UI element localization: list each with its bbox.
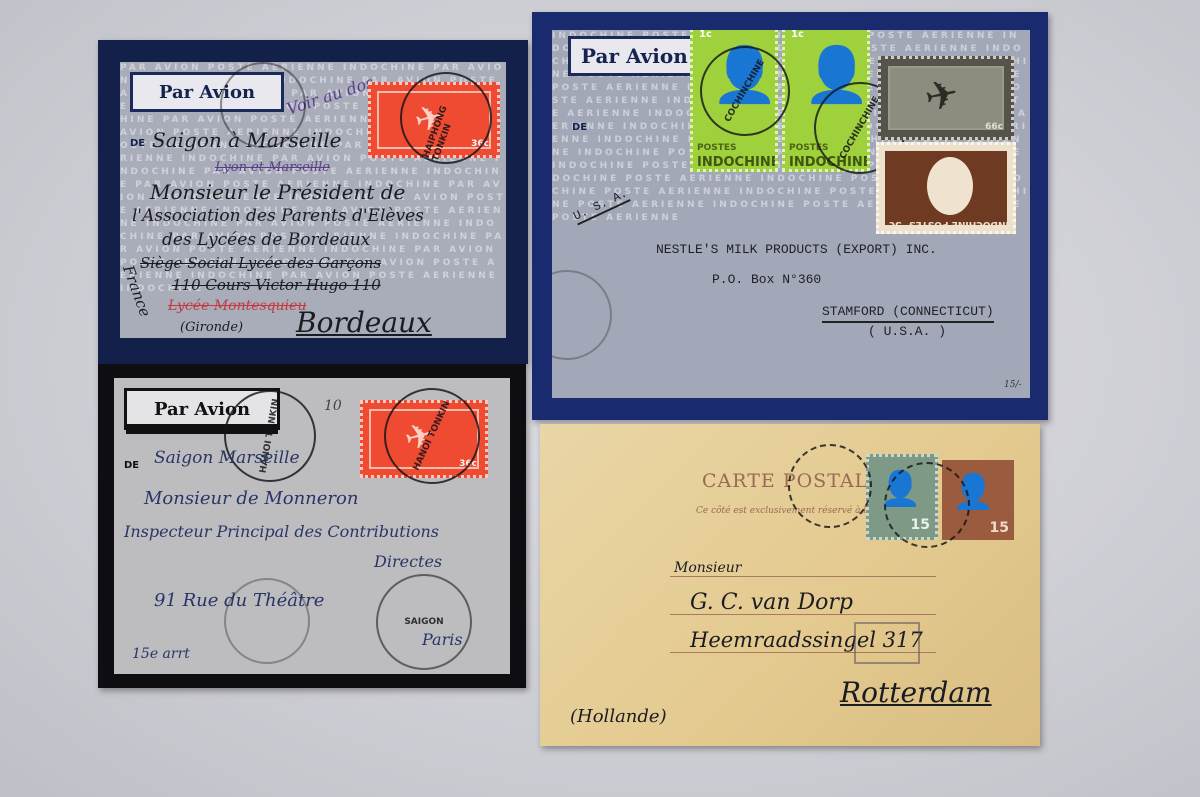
cover-top-right-face: INDOCHINE POSTE AERIENNE INDOCHINE POSTE…: [552, 30, 1030, 398]
de-label: DE: [572, 122, 587, 133]
pencil-note: 10: [324, 398, 342, 414]
cover-bottom-left-face: Par Avion 10 36c ✈ HANOI TONKIN HANOI TO…: [114, 378, 510, 674]
par-avion-text: Par Avion: [581, 44, 688, 68]
postmark-monaco-a: [788, 444, 872, 528]
postmark-paris: [224, 578, 310, 664]
postmark-saigon: SAIGON: [376, 574, 472, 670]
card-bottom-right: CARTE POSTALE Ce côté est exclusivement …: [540, 424, 1040, 746]
struck-line-2: 110 Cours Victor Hugo 110: [172, 276, 381, 294]
country-note-usa: U. S. A.: [571, 187, 630, 226]
postmark-hanoi: HANOI TONKIN: [368, 378, 496, 500]
stamp-airmail-66c: ✈ 66c: [878, 56, 1014, 140]
address-line-2: G. C. van Dorp: [690, 590, 853, 615]
de-label: DE: [124, 460, 139, 471]
struck-red-line: Lycée Montesquieu: [168, 298, 306, 314]
address-line-2: l'Association des Parents d'Elèves: [132, 206, 424, 226]
address-line-1: NESTLE'S MILK PRODUCTS (EXPORT) INC.: [656, 242, 937, 257]
address-line-2: Inspecteur Principal des Contributions: [124, 522, 439, 541]
cover-top-left: PAR AVION POSTE AERIENNE INDOCHINE PAR A…: [98, 40, 528, 364]
struck-line-1: Siège Social Lycée des Garçons: [140, 254, 381, 272]
department: (Gironde): [180, 320, 243, 335]
address-line-4: Rotterdam: [840, 676, 992, 709]
postmark-haiphong: HAIPHONG TONKIN: [387, 62, 505, 177]
address-line-4: ( U.S.A. ): [868, 324, 946, 339]
address-line-1: Monsieur: [674, 560, 741, 576]
district: 15e arrt: [132, 646, 190, 662]
address-line-1: Monsieur de Monneron: [144, 488, 358, 509]
country: (Hollande): [570, 706, 667, 727]
address-line-3: STAMFORD (CONNECTICUT): [822, 304, 994, 323]
struck-violet-line: Lyon et Marseille: [215, 160, 330, 175]
city: Bordeaux: [296, 306, 432, 338]
pencil-note: 15/-: [1004, 380, 1022, 390]
address-rule-1: [670, 576, 936, 577]
postmark-monaco-b: [884, 462, 970, 548]
stamp-brown-5c-inverted: INDOCHINE POSTES 5c: [876, 142, 1016, 234]
boxed-handstamp: [854, 622, 920, 664]
cover-top-right: INDOCHINE POSTE AERIENNE INDOCHINE POSTE…: [532, 12, 1048, 420]
address-line-3: des Lycées de Bordeaux: [162, 230, 370, 250]
address-line-2: P.O. Box N°360: [712, 272, 821, 287]
de-label: DE: [130, 138, 145, 149]
cover-top-left-face: PAR AVION POSTE AERIENNE INDOCHINE PAR A…: [120, 62, 506, 338]
address-line-1: Monsieur le Président de: [150, 180, 405, 204]
sender-line: Saigon Marseille: [154, 448, 300, 468]
sender-line: Saigon à Marseille: [152, 128, 341, 152]
cover-bottom-left: Par Avion 10 36c ✈ HANOI TONKIN HANOI TO…: [98, 364, 526, 688]
address-line-3: Directes: [374, 552, 442, 571]
postmark-faint-left: [552, 270, 612, 360]
